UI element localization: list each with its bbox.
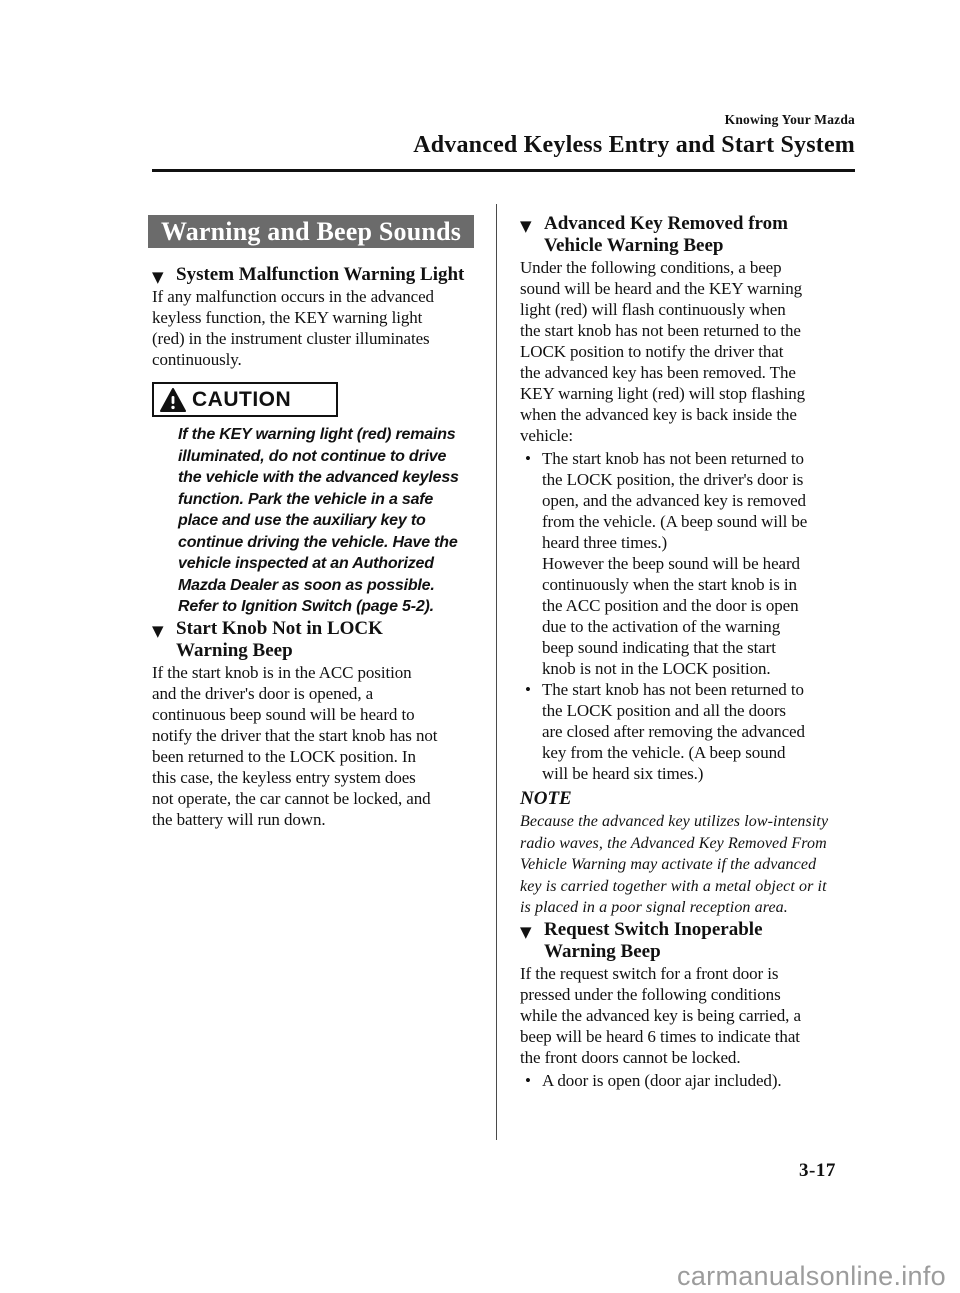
list-item: • A door is open (door ajar included). — [520, 1070, 858, 1091]
note-label: NOTE — [520, 788, 858, 810]
paragraph-start-knob: If the start knob is in the ACC position… — [152, 662, 472, 830]
note-text: Because the advanced key utilizes low-in… — [520, 811, 858, 919]
header-kicker: Knowing Your Mazda — [152, 112, 855, 128]
warning-triangle-icon — [160, 388, 186, 412]
bullet-text: The start knob has not been returned to … — [542, 448, 858, 553]
paragraph-system-malfunction: If any malfunction occurs in the advance… — [152, 286, 472, 370]
bullet-continuation-text: However the beep sound will be heard con… — [542, 553, 858, 679]
heading-line: Vehicle Warning Beep — [544, 235, 858, 257]
key-removed-bullet-list: • The start knob has not been returned t… — [520, 448, 858, 784]
heading-line: System Malfunction Warning Light — [176, 264, 472, 286]
left-column: Warning and Beep Sounds ▼ System Malfunc… — [152, 215, 472, 830]
caution-label: CAUTION — [192, 388, 291, 412]
list-item: • The start knob has not been returned t… — [520, 448, 858, 679]
caution-text: If the KEY warning light (red) remains i… — [178, 424, 472, 618]
caution-box: CAUTION — [152, 382, 338, 417]
heading-start-knob: ▼ Start Knob Not in LOCK Warning Beep — [152, 618, 472, 662]
bullet-icon: • — [525, 679, 531, 700]
paragraph-key-removed: Under the following conditions, a beep s… — [520, 257, 858, 446]
bullet-icon: • — [525, 1070, 531, 1091]
watermark: carmanualsonline.info — [677, 1261, 946, 1292]
heading-request-switch: ▼ Request Switch Inoperable Warning Beep — [520, 919, 858, 963]
section-marker-icon: ▼ — [152, 266, 164, 288]
heading-line: Warning Beep — [176, 640, 472, 662]
heading-line: Advanced Key Removed from — [544, 213, 858, 235]
heading-system-malfunction: ▼ System Malfunction Warning Light — [152, 264, 472, 286]
column-divider — [496, 204, 497, 1140]
page-title: Advanced Keyless Entry and Start System — [152, 131, 855, 159]
heading-line: Start Knob Not in LOCK — [176, 618, 472, 640]
heading-line: Warning Beep — [544, 941, 858, 963]
paragraph-request-switch: If the request switch for a front door i… — [520, 963, 858, 1068]
section-marker-icon: ▼ — [520, 215, 532, 237]
heading-key-removed: ▼ Advanced Key Removed from Vehicle Warn… — [520, 213, 858, 257]
request-switch-bullet-list: • A door is open (door ajar included). — [520, 1070, 858, 1091]
header-rule — [152, 169, 855, 172]
bullet-text: The start knob has not been returned to … — [542, 679, 858, 784]
bullet-text: A door is open (door ajar included). — [542, 1070, 858, 1091]
list-item: • The start knob has not been returned t… — [520, 679, 858, 784]
bullet-icon: • — [525, 448, 531, 469]
heading-line: Request Switch Inoperable — [544, 919, 858, 941]
right-column: ▼ Advanced Key Removed from Vehicle Warn… — [520, 213, 858, 1091]
section-marker-icon: ▼ — [520, 921, 532, 943]
manual-page: Knowing Your Mazda Advanced Keyless Entr… — [0, 0, 960, 1293]
section-banner: Warning and Beep Sounds — [148, 215, 474, 248]
page-header: Knowing Your Mazda Advanced Keyless Entr… — [152, 112, 855, 172]
page-number: 3-17 — [799, 1160, 836, 1182]
section-marker-icon: ▼ — [152, 620, 164, 642]
